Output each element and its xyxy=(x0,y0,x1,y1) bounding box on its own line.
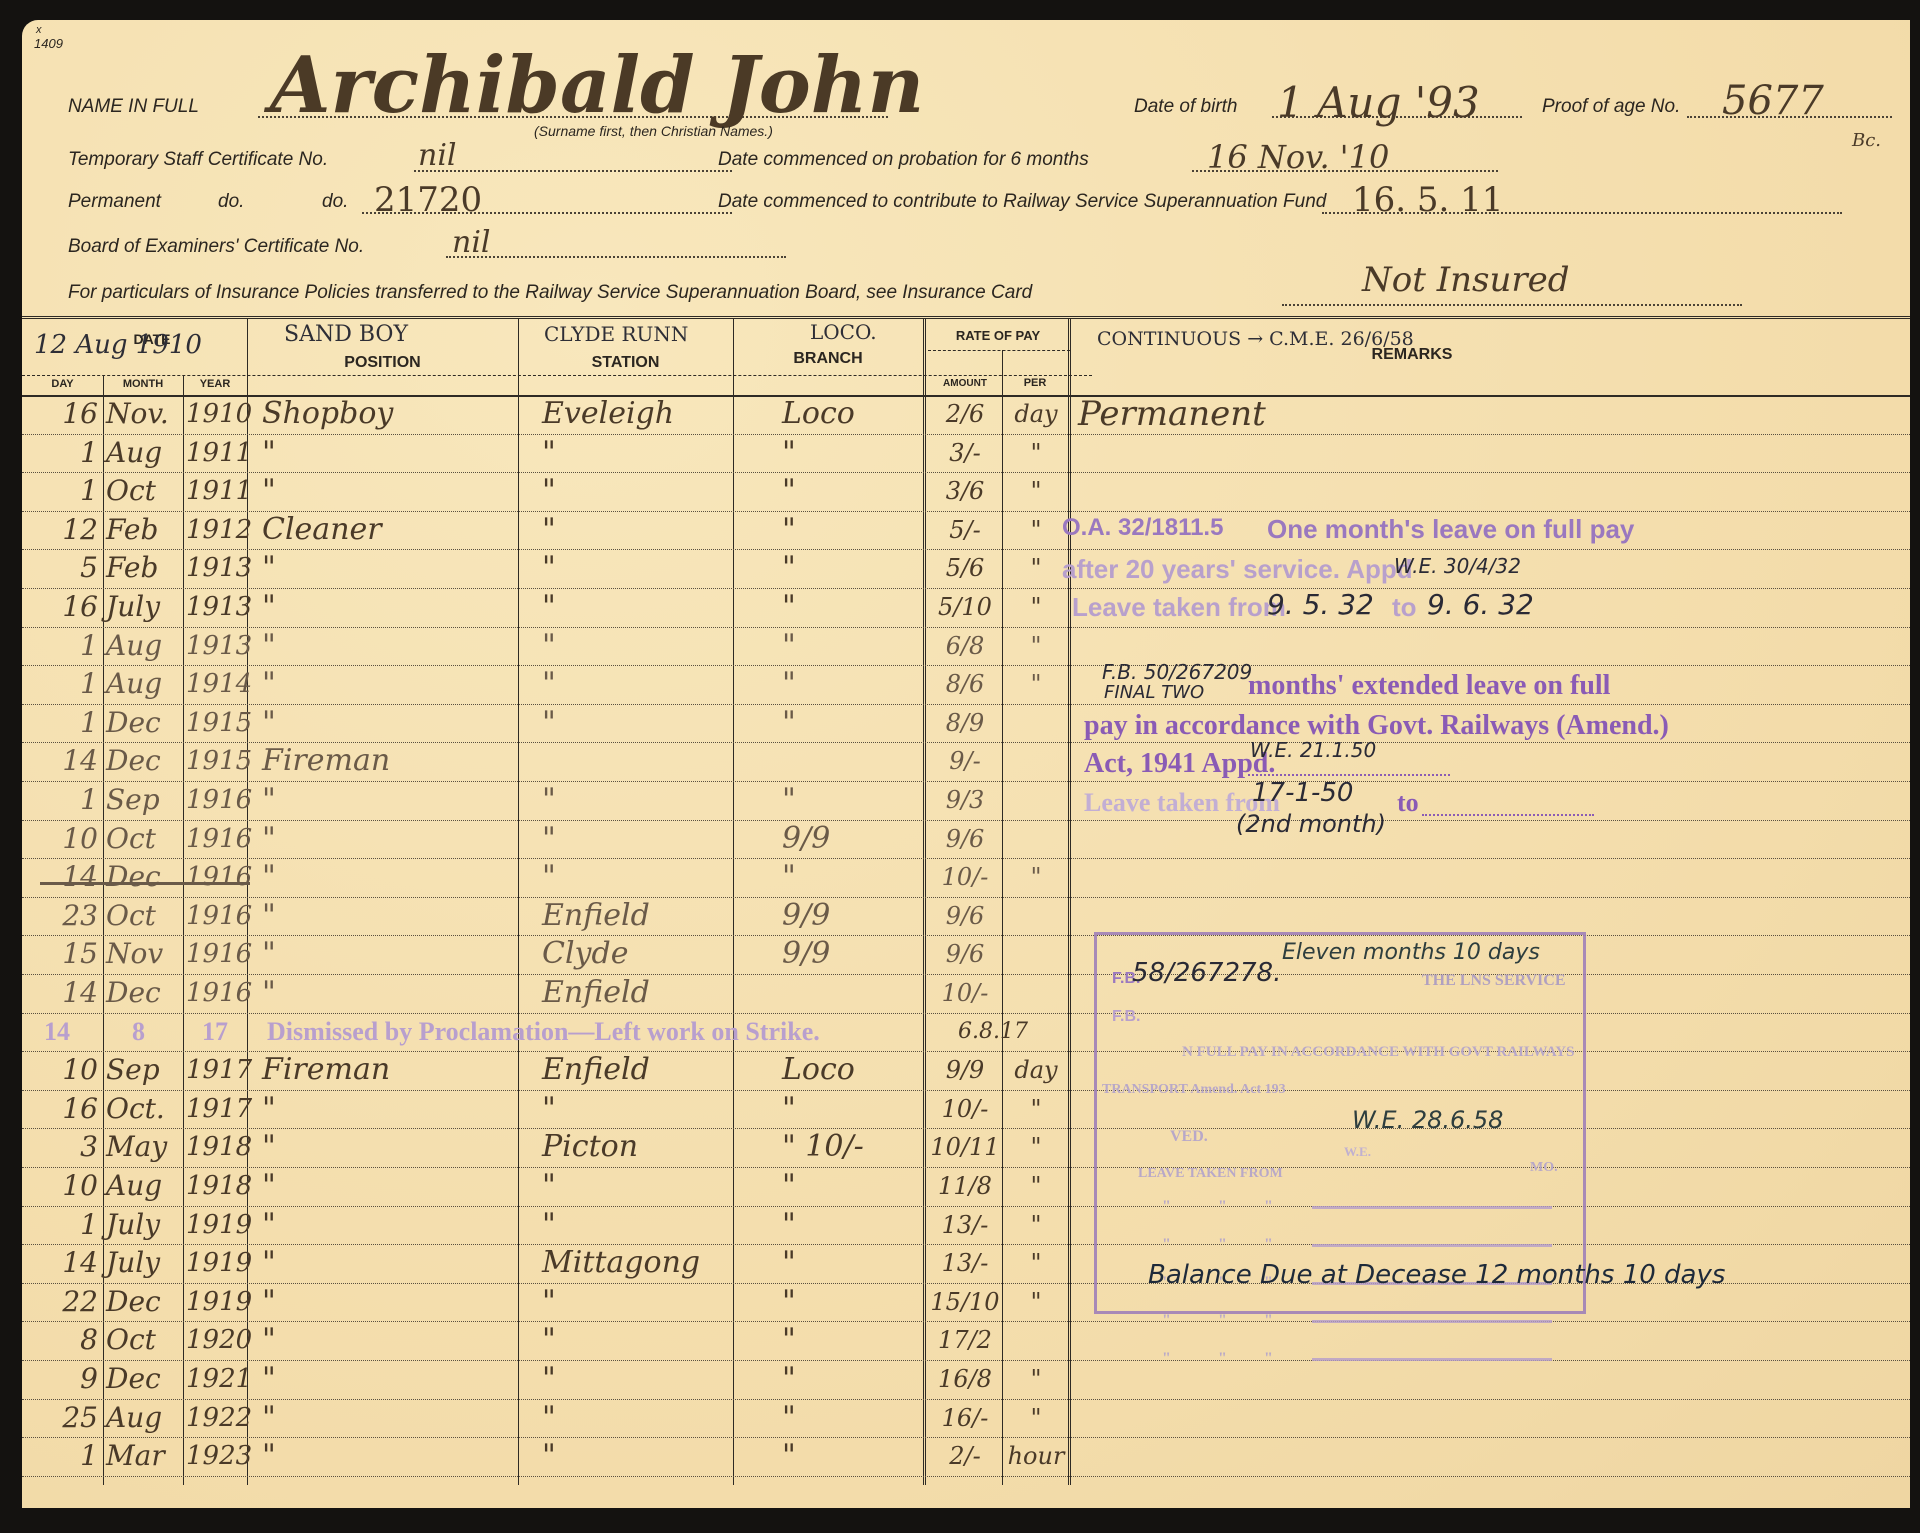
cell-station: " xyxy=(542,1283,727,1321)
stamp-day: 14 xyxy=(44,1017,70,1047)
cell-branch: " xyxy=(782,665,918,703)
stamp3-fb2: F.B. xyxy=(1112,1008,1140,1026)
table-row: 10Oct1916""9/99/6 xyxy=(22,820,1910,859)
cell-station: " xyxy=(542,1090,727,1128)
employee-record-card: x 1409 NAME IN FULL Archibald John (Surn… xyxy=(22,20,1910,1508)
cell-month: July xyxy=(106,1206,182,1244)
cell-month: Aug xyxy=(106,1167,182,1205)
cell-per: " xyxy=(1006,665,1066,703)
cell-month: Oct xyxy=(106,820,182,858)
cell-month: Aug xyxy=(106,434,182,472)
cell-station: " xyxy=(542,1360,727,1398)
cell-station: Enfield xyxy=(542,897,727,935)
table-row: 1Mar1923"""2/-hour xyxy=(22,1437,1910,1476)
cell-month: Aug xyxy=(106,1399,182,1437)
cell-per: " xyxy=(1006,549,1066,587)
cell-year: 1916 xyxy=(186,935,246,973)
cell-month: July xyxy=(106,1244,182,1282)
cell-amount: 13/- xyxy=(930,1244,1000,1282)
name-hint: (Surname first, then Christian Names.) xyxy=(534,123,773,139)
cell-month: Nov xyxy=(106,935,182,973)
stamp3-blank-line xyxy=(1312,1244,1552,1247)
cell-branch: " xyxy=(782,1437,918,1475)
cell-month: Sep xyxy=(106,1051,182,1089)
position-annotation: SAND BOY xyxy=(284,322,408,347)
cell-day: 22 xyxy=(22,1283,98,1321)
cell-branch: " xyxy=(782,1244,918,1282)
cell-branch: " xyxy=(782,1206,918,1244)
cell-station: Enfield xyxy=(542,1051,727,1089)
cell-position: " xyxy=(262,781,512,819)
table-top-rule xyxy=(22,316,1910,319)
cell-day: 8 xyxy=(22,1321,98,1359)
cell-position: " xyxy=(262,1437,512,1475)
cell-month: Dec xyxy=(106,742,182,780)
board-cert-value: nil xyxy=(452,225,491,260)
cell-day: 5 xyxy=(22,549,98,587)
header-rate-of-pay: RATE OF PAY xyxy=(928,328,1068,343)
cell-station: " xyxy=(542,704,727,742)
table-row: 16Nov.1910ShopboyEveleighLoco2/6dayPerma… xyxy=(22,395,1910,434)
balance-due-note: Balance Due at Decease 12 months 10 days xyxy=(1148,1260,1725,1290)
stamp2-leave-from: 17-1-50 xyxy=(1252,778,1353,808)
header-per: PER xyxy=(1002,377,1068,389)
stamp-year: 17 xyxy=(202,1017,228,1047)
cell-position: " xyxy=(262,1090,512,1128)
cell-amount: 8/6 xyxy=(930,665,1000,703)
cell-month: Dec xyxy=(106,1283,182,1321)
cell-station: Picton xyxy=(542,1128,727,1166)
cell-day: 14 xyxy=(22,742,98,780)
cell-position: Shopboy xyxy=(262,395,512,433)
cell-per: " xyxy=(1006,434,1066,472)
name-label: NAME IN FULL xyxy=(68,96,199,118)
cell-per: " xyxy=(1006,588,1066,626)
stamp1-line1: One month's leave on full pay xyxy=(1267,514,1634,545)
cell-branch: " xyxy=(782,858,918,896)
cell-month: Nov. xyxy=(106,395,182,433)
cell-branch: " xyxy=(782,588,918,626)
cell-branch: " xyxy=(782,1090,918,1128)
stamp3-mo: MO. xyxy=(1530,1160,1558,1176)
stamp2-to-underline xyxy=(1422,814,1594,816)
ditto-mark: " xyxy=(1218,1350,1227,1368)
cell-position: " xyxy=(262,472,512,510)
cell-day: 16 xyxy=(22,395,98,433)
row-ruling xyxy=(22,1476,1910,1477)
dismissal-stamp: Dismissed by Proclamation—Left work on S… xyxy=(267,1017,820,1047)
cell-year: 1916 xyxy=(186,820,246,858)
ditto-mark: " xyxy=(1264,1312,1273,1330)
cell-position: " xyxy=(262,549,512,587)
cell-position: " xyxy=(262,1283,512,1321)
table-row: 3May1918"Picton" 10/-10/11" xyxy=(22,1128,1910,1167)
ditto-mark: " xyxy=(1162,1236,1171,1254)
stamp2-ref: F.B. 50/267209 xyxy=(1102,660,1252,684)
cell-year: 1916 xyxy=(186,897,246,935)
stamp2-approval-underline xyxy=(1248,774,1450,776)
table-row: 14Dec1915Fireman9/- xyxy=(22,742,1910,781)
cell-year: 1913 xyxy=(186,588,246,626)
cell-per: " xyxy=(1006,627,1066,665)
header-year: YEAR xyxy=(183,378,247,390)
cell-position: " xyxy=(262,434,512,472)
cell-day: 14 xyxy=(22,1244,98,1282)
cell-amount: 10/- xyxy=(930,974,1000,1012)
cell-branch: " 10/- xyxy=(782,1128,918,1166)
cell-position: " xyxy=(262,1244,512,1282)
cell-day: 16 xyxy=(22,588,98,626)
cell-remarks: Permanent xyxy=(1078,395,1478,433)
cell-month: Mar xyxy=(106,1437,182,1475)
cell-year: 1917 xyxy=(186,1051,246,1089)
cell-day: 10 xyxy=(22,1051,98,1089)
cell-year: 1912 xyxy=(186,511,246,549)
cell-month: Oct xyxy=(106,472,182,510)
cell-month: Aug xyxy=(106,627,182,665)
cell-year: 1911 xyxy=(186,434,246,472)
cell-amount: 6/8 xyxy=(930,627,1000,665)
cell-year: 1913 xyxy=(186,549,246,587)
cell-branch: 9/9 xyxy=(782,935,918,973)
ditto-mark: " xyxy=(1218,1198,1227,1216)
cell-branch: " xyxy=(782,472,918,510)
cell-station: " xyxy=(542,1206,727,1244)
cell-per: " xyxy=(1006,1399,1066,1437)
cell-year: 1913 xyxy=(186,627,246,665)
board-cert-label: Board of Examiners' Certificate No. xyxy=(68,236,364,258)
cell-amount: 15/10 xyxy=(930,1283,1000,1321)
cell-station: " xyxy=(542,472,727,510)
cell-year: 1915 xyxy=(186,742,246,780)
board-cert-underline xyxy=(446,256,786,258)
cell-day: 1 xyxy=(22,704,98,742)
table-row: 16Oct.1917"""10/-" xyxy=(22,1090,1910,1129)
cell-month: Dec xyxy=(106,704,182,742)
table-row: 14Dec1916"Enfield10/- xyxy=(22,974,1910,1013)
stamp1-ref: O.A. 32/1811.5 xyxy=(1062,514,1223,542)
table-row: 10Sep1917FiremanEnfieldLoco9/9day xyxy=(22,1051,1910,1090)
cell-month: Feb xyxy=(106,511,182,549)
cell-position: " xyxy=(262,1360,512,1398)
cell-year: 1918 xyxy=(186,1128,246,1166)
cell-year: 1916 xyxy=(186,781,246,819)
cell-day: 1 xyxy=(22,781,98,819)
table-row: 23Oct1916"Enfield9/99/6 xyxy=(22,897,1910,936)
stamp3-amend-line: TRANSPORT Amend. Act 193 xyxy=(1102,1082,1286,1098)
ditto-mark: " xyxy=(1162,1312,1171,1330)
cell-per: " xyxy=(1006,1283,1066,1321)
strikethrough-line xyxy=(40,882,250,885)
stamp3-blank-line xyxy=(1312,1358,1552,1361)
stamp3-leave-taken: LEAVE TAKEN FROM xyxy=(1138,1166,1283,1182)
cell-branch: " xyxy=(782,1321,918,1359)
proof-label: Proof of age No. xyxy=(1542,96,1680,118)
table-row: 1Oct1911"""3/6" xyxy=(22,472,1910,511)
ditto-mark: " xyxy=(1264,1236,1273,1254)
stamp3-blank-line xyxy=(1312,1320,1552,1323)
stamp2-approval-date: W.E. 21.1.50 xyxy=(1250,738,1376,762)
cell-position: " xyxy=(262,627,512,665)
table-row: 8Oct1920"""17/2 xyxy=(22,1321,1910,1360)
cell-amount: 10/- xyxy=(930,1090,1000,1128)
cell-month: Oct. xyxy=(106,1090,182,1128)
date-annotation: 12 Aug 1910 xyxy=(34,330,202,360)
cell-per: day xyxy=(1006,1051,1066,1089)
stamp3-service: THE LNS SERVICE xyxy=(1422,972,1565,990)
cell-month: Aug xyxy=(106,665,182,703)
cell-day: 1 xyxy=(22,434,98,472)
cell-year: 1923 xyxy=(186,1437,246,1475)
cell-year: 1916 xyxy=(186,858,246,896)
dismissal-date: 6.8.17 xyxy=(958,1013,1028,1051)
probation-value: 16 Nov. '10 xyxy=(1207,138,1389,176)
stamp3-fb1-value: 58/267278. xyxy=(1132,958,1281,988)
stamp1-line2: after 20 years' service. Appd xyxy=(1062,554,1413,585)
cell-month: Feb xyxy=(106,549,182,587)
cell-branch: " xyxy=(782,549,918,587)
cell-year: 1914 xyxy=(186,665,246,703)
stamp1-to: to xyxy=(1392,592,1417,623)
insurance-underline xyxy=(1282,304,1742,306)
ditto-mark: " xyxy=(1264,1198,1273,1216)
cell-branch: 9/9 xyxy=(782,820,918,858)
cell-per: hour xyxy=(1006,1437,1066,1475)
cell-branch: " xyxy=(782,627,918,665)
table-row: 25Aug1922"""16/-" xyxy=(22,1399,1910,1438)
form-mark: x xyxy=(36,24,42,36)
cell-year: 1917 xyxy=(186,1090,246,1128)
cell-position: " xyxy=(262,1206,512,1244)
cell-amount: 17/2 xyxy=(930,1321,1000,1359)
cell-per: " xyxy=(1006,1128,1066,1166)
cell-station: " xyxy=(542,434,727,472)
cell-month: July xyxy=(106,588,182,626)
stamp3-we-value: W.E. 28.6.58 xyxy=(1352,1106,1503,1134)
table-row: 1July1919"""13/-" xyxy=(22,1206,1910,1245)
header-branch: BRANCH xyxy=(733,350,923,368)
cell-branch: 9/9 xyxy=(782,897,918,935)
cell-month: Sep xyxy=(106,781,182,819)
cell-position: Cleaner xyxy=(262,511,512,549)
cell-station: " xyxy=(542,627,727,665)
permanent-label: Permanent xyxy=(68,191,161,213)
cell-day: 1 xyxy=(22,472,98,510)
cell-day: 16 xyxy=(22,1090,98,1128)
cell-station: " xyxy=(542,549,727,587)
cell-station: Clyde xyxy=(542,935,727,973)
stamp3-blank-line xyxy=(1312,1206,1552,1209)
cell-station: " xyxy=(542,1399,727,1437)
cell-position: " xyxy=(262,704,512,742)
cell-branch: " xyxy=(782,781,918,819)
table-row: 1Sep1916"""9/3 xyxy=(22,781,1910,820)
cell-amount: 9/3 xyxy=(930,781,1000,819)
cell-amount: 16/8 xyxy=(930,1360,1000,1398)
stamp3-pay-line: N FULL PAY IN ACCORDANCE WITH GOVT RAILW… xyxy=(1182,1044,1574,1061)
stamp1-leave-to: 9. 6. 32 xyxy=(1427,588,1534,621)
cell-year: 1916 xyxy=(186,974,246,1012)
cell-per: " xyxy=(1006,1167,1066,1205)
cell-year: 1919 xyxy=(186,1206,246,1244)
table-row: 14Dec1916"""10/-" xyxy=(22,858,1910,897)
cell-month: Dec xyxy=(106,1360,182,1398)
cell-day: 1 xyxy=(22,1206,98,1244)
ditto-mark: " xyxy=(1162,1350,1171,1368)
cell-branch: Loco xyxy=(782,395,918,433)
cell-branch: " xyxy=(782,511,918,549)
branch-annotation: LOCO. xyxy=(810,320,877,344)
cell-per: " xyxy=(1006,1090,1066,1128)
cell-amount: 9/6 xyxy=(930,935,1000,973)
cell-day: 10 xyxy=(22,820,98,858)
cell-day: 1 xyxy=(22,665,98,703)
proof-note: Bc. xyxy=(1852,130,1881,151)
cell-day: 1 xyxy=(22,627,98,665)
cell-year: 1918 xyxy=(186,1167,246,1205)
cell-station: " xyxy=(542,1437,727,1475)
table-row: 1Aug1911"""3/-" xyxy=(22,434,1910,473)
cell-day: 12 xyxy=(22,511,98,549)
temp-cert-label: Temporary Staff Certificate No. xyxy=(68,149,328,171)
cell-year: 1921 xyxy=(186,1360,246,1398)
cell-position: Fireman xyxy=(262,1051,512,1089)
cell-position: " xyxy=(262,974,512,1012)
cell-branch: " xyxy=(782,704,918,742)
cell-day: 14 xyxy=(22,858,98,896)
header-month: MONTH xyxy=(103,378,183,390)
cell-amount: 11/8 xyxy=(930,1167,1000,1205)
cell-year: 1915 xyxy=(186,704,246,742)
cell-position: " xyxy=(262,588,512,626)
table-row: 9Dec1921"""16/8" xyxy=(22,1360,1910,1399)
ditto-mark: " xyxy=(1162,1198,1171,1216)
cell-per: " xyxy=(1006,1206,1066,1244)
dob-value: 1 Aug '93 xyxy=(1277,78,1480,127)
cell-per: " xyxy=(1006,1244,1066,1282)
cell-amount: 9/- xyxy=(930,742,1000,780)
rate-subheader-rule xyxy=(928,350,1070,351)
cell-station: " xyxy=(542,781,727,819)
cell-per: day xyxy=(1006,395,1066,433)
cell-amount: 13/- xyxy=(930,1206,1000,1244)
cell-amount: 9/6 xyxy=(930,897,1000,935)
cell-day: 23 xyxy=(22,897,98,935)
permanent-do-1: do. xyxy=(218,191,244,213)
insurance-label: For particulars of Insurance Policies tr… xyxy=(68,282,1032,304)
stamp3-we-label: W.E. xyxy=(1344,1144,1371,1160)
stamp3-ved: VED. xyxy=(1170,1128,1208,1146)
cell-year: 1920 xyxy=(186,1321,246,1359)
cell-amount: 10/11 xyxy=(930,1128,1000,1166)
cell-amount: 5/- xyxy=(930,511,1000,549)
cell-month: Dec xyxy=(106,858,182,896)
cell-month: Oct xyxy=(106,1321,182,1359)
cell-station: " xyxy=(542,665,727,703)
cell-station: " xyxy=(542,858,727,896)
stamp2-note: (2nd month) xyxy=(1236,810,1386,838)
stamp2-line2: pay in accordance with Govt. Railways (A… xyxy=(1084,710,1669,742)
temp-cert-underline xyxy=(414,170,732,172)
cell-amount: 3/6 xyxy=(930,472,1000,510)
cell-day: 14 xyxy=(22,974,98,1012)
cell-day: 9 xyxy=(22,1360,98,1398)
cell-position: " xyxy=(262,1167,512,1205)
form-number: 1409 xyxy=(34,36,63,51)
cell-month: Oct xyxy=(106,897,182,935)
stamp2-prefix: FINAL TWO xyxy=(1104,682,1204,703)
cell-branch: " xyxy=(782,1399,918,1437)
cell-day: 25 xyxy=(22,1399,98,1437)
cell-position: " xyxy=(262,820,512,858)
cell-station: " xyxy=(542,820,727,858)
cell-position: " xyxy=(262,935,512,973)
cell-branch: " xyxy=(782,1283,918,1321)
header-position: POSITION xyxy=(247,354,518,372)
superannuation-value: 16. 5. 11 xyxy=(1352,180,1503,220)
cell-amount: 16/- xyxy=(930,1399,1000,1437)
cell-year: 1911 xyxy=(186,472,246,510)
permanent-value: 21720 xyxy=(374,180,482,220)
cell-day: 3 xyxy=(22,1128,98,1166)
header-station: STATION xyxy=(518,354,733,372)
station-annotation: CLYDE RUNN xyxy=(544,322,688,346)
cell-amount: 2/6 xyxy=(930,395,1000,433)
cell-year: 1922 xyxy=(186,1399,246,1437)
table-row: 16July1913"""5/10" xyxy=(22,588,1910,627)
cell-per: " xyxy=(1006,858,1066,896)
ditto-mark: " xyxy=(1218,1236,1227,1254)
cell-year: 1910 xyxy=(186,395,246,433)
insurance-value: Not Insured xyxy=(1362,260,1570,300)
cell-per: " xyxy=(1006,511,1066,549)
stamp2-line1: months' extended leave on full xyxy=(1248,670,1610,702)
stamp1-leave-from: 9. 5. 32 xyxy=(1267,588,1374,621)
cell-amount: 10/- xyxy=(930,858,1000,896)
permanent-do-2: do. xyxy=(322,191,348,213)
cell-amount: 3/- xyxy=(930,434,1000,472)
cell-station: Mittagong xyxy=(542,1244,727,1282)
cell-station: " xyxy=(542,1321,727,1359)
cell-station: Enfield xyxy=(542,974,727,1012)
superannuation-label: Date commenced to contribute to Railway … xyxy=(718,191,1326,213)
table-row: 14817Dismissed by Proclamation—Left work… xyxy=(22,1013,1910,1052)
cell-position: " xyxy=(262,1399,512,1437)
cell-position: " xyxy=(262,858,512,896)
cell-per: " xyxy=(1006,1360,1066,1398)
temp-cert-value: nil xyxy=(418,138,457,173)
cell-amount: 5/10 xyxy=(930,588,1000,626)
cell-year: 1919 xyxy=(186,1244,246,1282)
cell-year: 1919 xyxy=(186,1283,246,1321)
table-row: 1Aug1914"""8/6" xyxy=(22,665,1910,704)
stamp-month: 8 xyxy=(132,1017,145,1047)
cell-day: 15 xyxy=(22,935,98,973)
header-amount: AMOUNT xyxy=(928,378,1002,389)
remarks-annotation: CONTINUOUS → C.M.E. 26/6/58 xyxy=(1097,328,1414,350)
cell-day: 1 xyxy=(22,1437,98,1475)
cell-amount: 9/6 xyxy=(930,820,1000,858)
cell-amount: 9/9 xyxy=(930,1051,1000,1089)
cell-day: 10 xyxy=(22,1167,98,1205)
table-row: 5Feb1913"""5/6" xyxy=(22,549,1910,588)
cell-amount: 2/- xyxy=(930,1437,1000,1475)
stamp2-line3: Act, 1941 Appd. xyxy=(1084,748,1275,780)
proof-value: 5677 xyxy=(1722,78,1824,124)
stamp1-approval-date: W.E. 30/4/32 xyxy=(1394,554,1521,578)
cell-position: Fireman xyxy=(262,742,512,780)
cell-position: " xyxy=(262,1321,512,1359)
